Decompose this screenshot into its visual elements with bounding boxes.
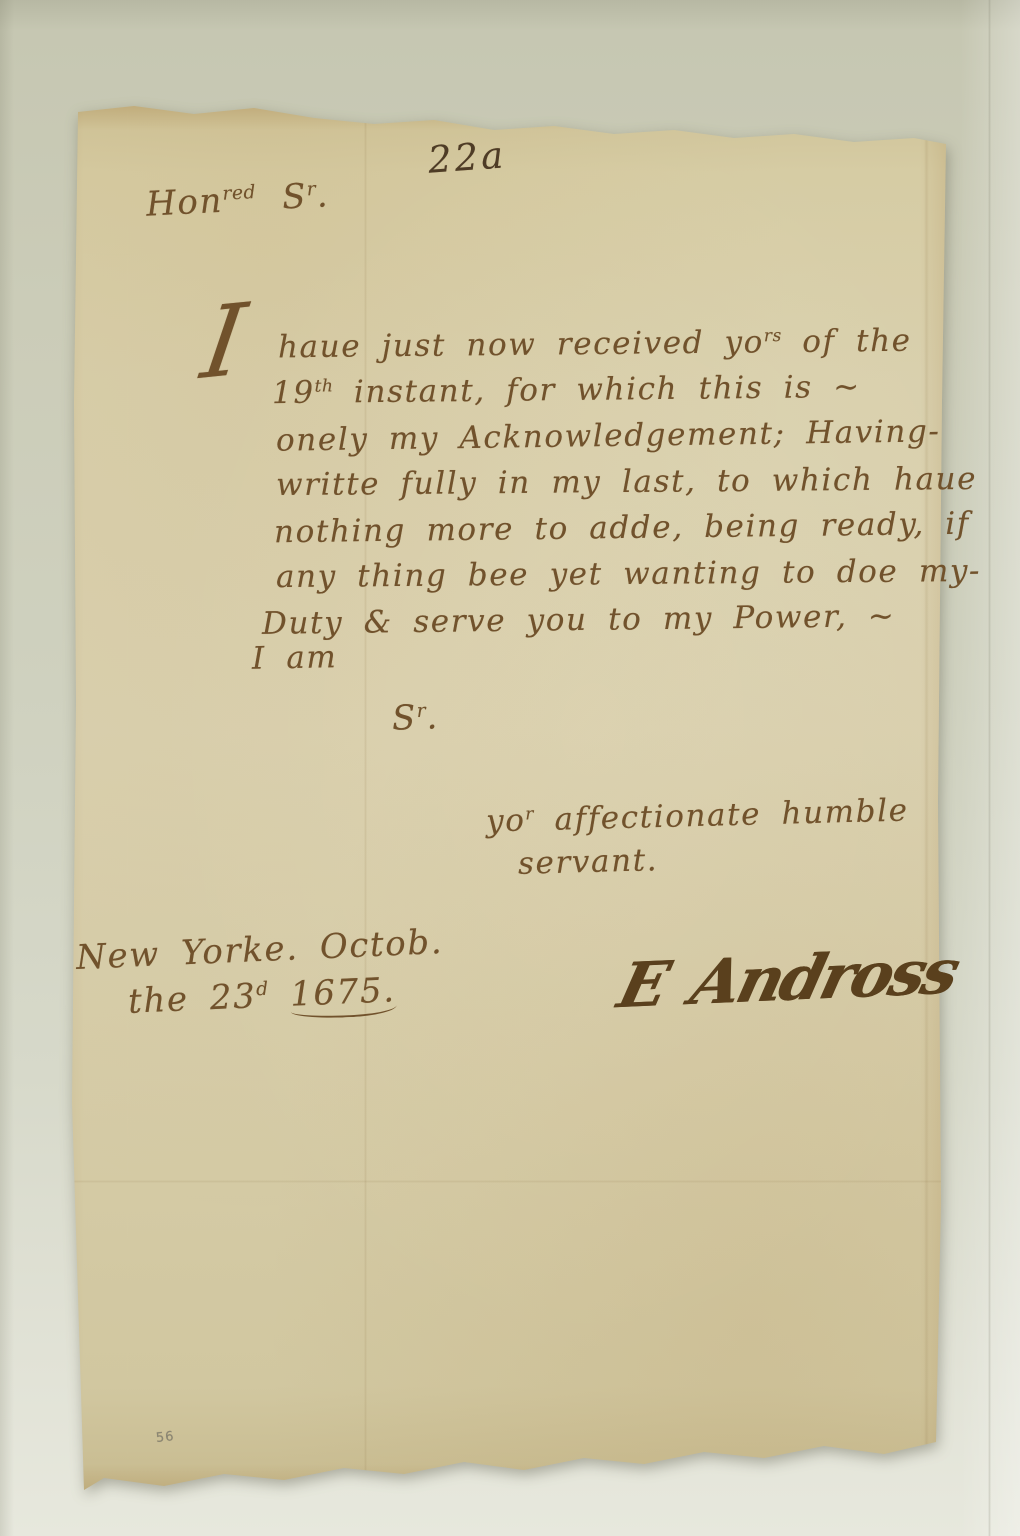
pencil-page-number: 56 — [155, 1429, 175, 1446]
body-line-6: any thing bee yet wanting to doe my- — [276, 553, 981, 595]
body-line-2: 19th instant, for which this is ~ — [272, 369, 861, 411]
closing-line-1: yor affectionate humble — [486, 792, 909, 839]
dateline-year: 1675. — [289, 970, 396, 1020]
scanned-letter-page: 22a HonredSr. I haue just now received y… — [0, 0, 1020, 1536]
body-line-3: onely my Acknowledgement; Having- — [276, 413, 941, 458]
salutation-honorific-superscript: red — [222, 182, 257, 205]
body-line-8: I am — [252, 639, 338, 676]
body-line-1: haue just now received yors of the — [278, 323, 912, 366]
body-line-1-end: of the — [782, 323, 912, 360]
body-line-2-superscript: th — [315, 377, 334, 397]
signature: E Andross — [611, 935, 964, 1022]
closing-line-1-end: affectionate humble — [534, 792, 909, 838]
closing-line-1-text: yo — [486, 803, 526, 840]
closing-line-1-superscript: r — [525, 805, 534, 825]
closing-sir-superscript: r — [416, 701, 426, 722]
body-initial-letter: I — [196, 290, 252, 394]
folio-number: 22a — [427, 133, 508, 181]
body-line-7: Duty & serve you to my Power, ~ — [262, 598, 896, 642]
salutation-gap — [257, 209, 283, 210]
body-line-4: writte fully in my last, to which haue — [276, 461, 977, 503]
salutation-sir: S — [281, 176, 308, 217]
body-line-2-end: instant, for which this is ~ — [333, 369, 861, 411]
closing-sir-period: . — [426, 697, 440, 737]
closing-sir: Sr. — [391, 697, 439, 739]
salutation: HonredSr. — [145, 175, 330, 225]
dateline-gap — [268, 975, 291, 1016]
salutation-honorific: Hon — [145, 181, 224, 225]
dateline-date: the 23d 1675. — [127, 970, 396, 1022]
closing-sir-letter: S — [391, 698, 417, 739]
dateline-day-superscript: d — [256, 979, 269, 1001]
salutation-sir-period: . — [315, 175, 329, 216]
dateline-day: the 23 — [127, 976, 257, 1022]
closing-line-2: servant. — [518, 842, 659, 882]
salutation-sir-superscript: r — [306, 179, 317, 200]
body-line-1-superscript: rs — [764, 326, 782, 346]
handwriting-layer: 22a HonredSr. I haue just now received y… — [0, 0, 1020, 1536]
body-line-1-text: haue just now received yo — [278, 324, 764, 365]
body-line-2-text: 19 — [272, 375, 315, 411]
body-line-5: nothing more to adde, being ready, if — [274, 506, 970, 550]
